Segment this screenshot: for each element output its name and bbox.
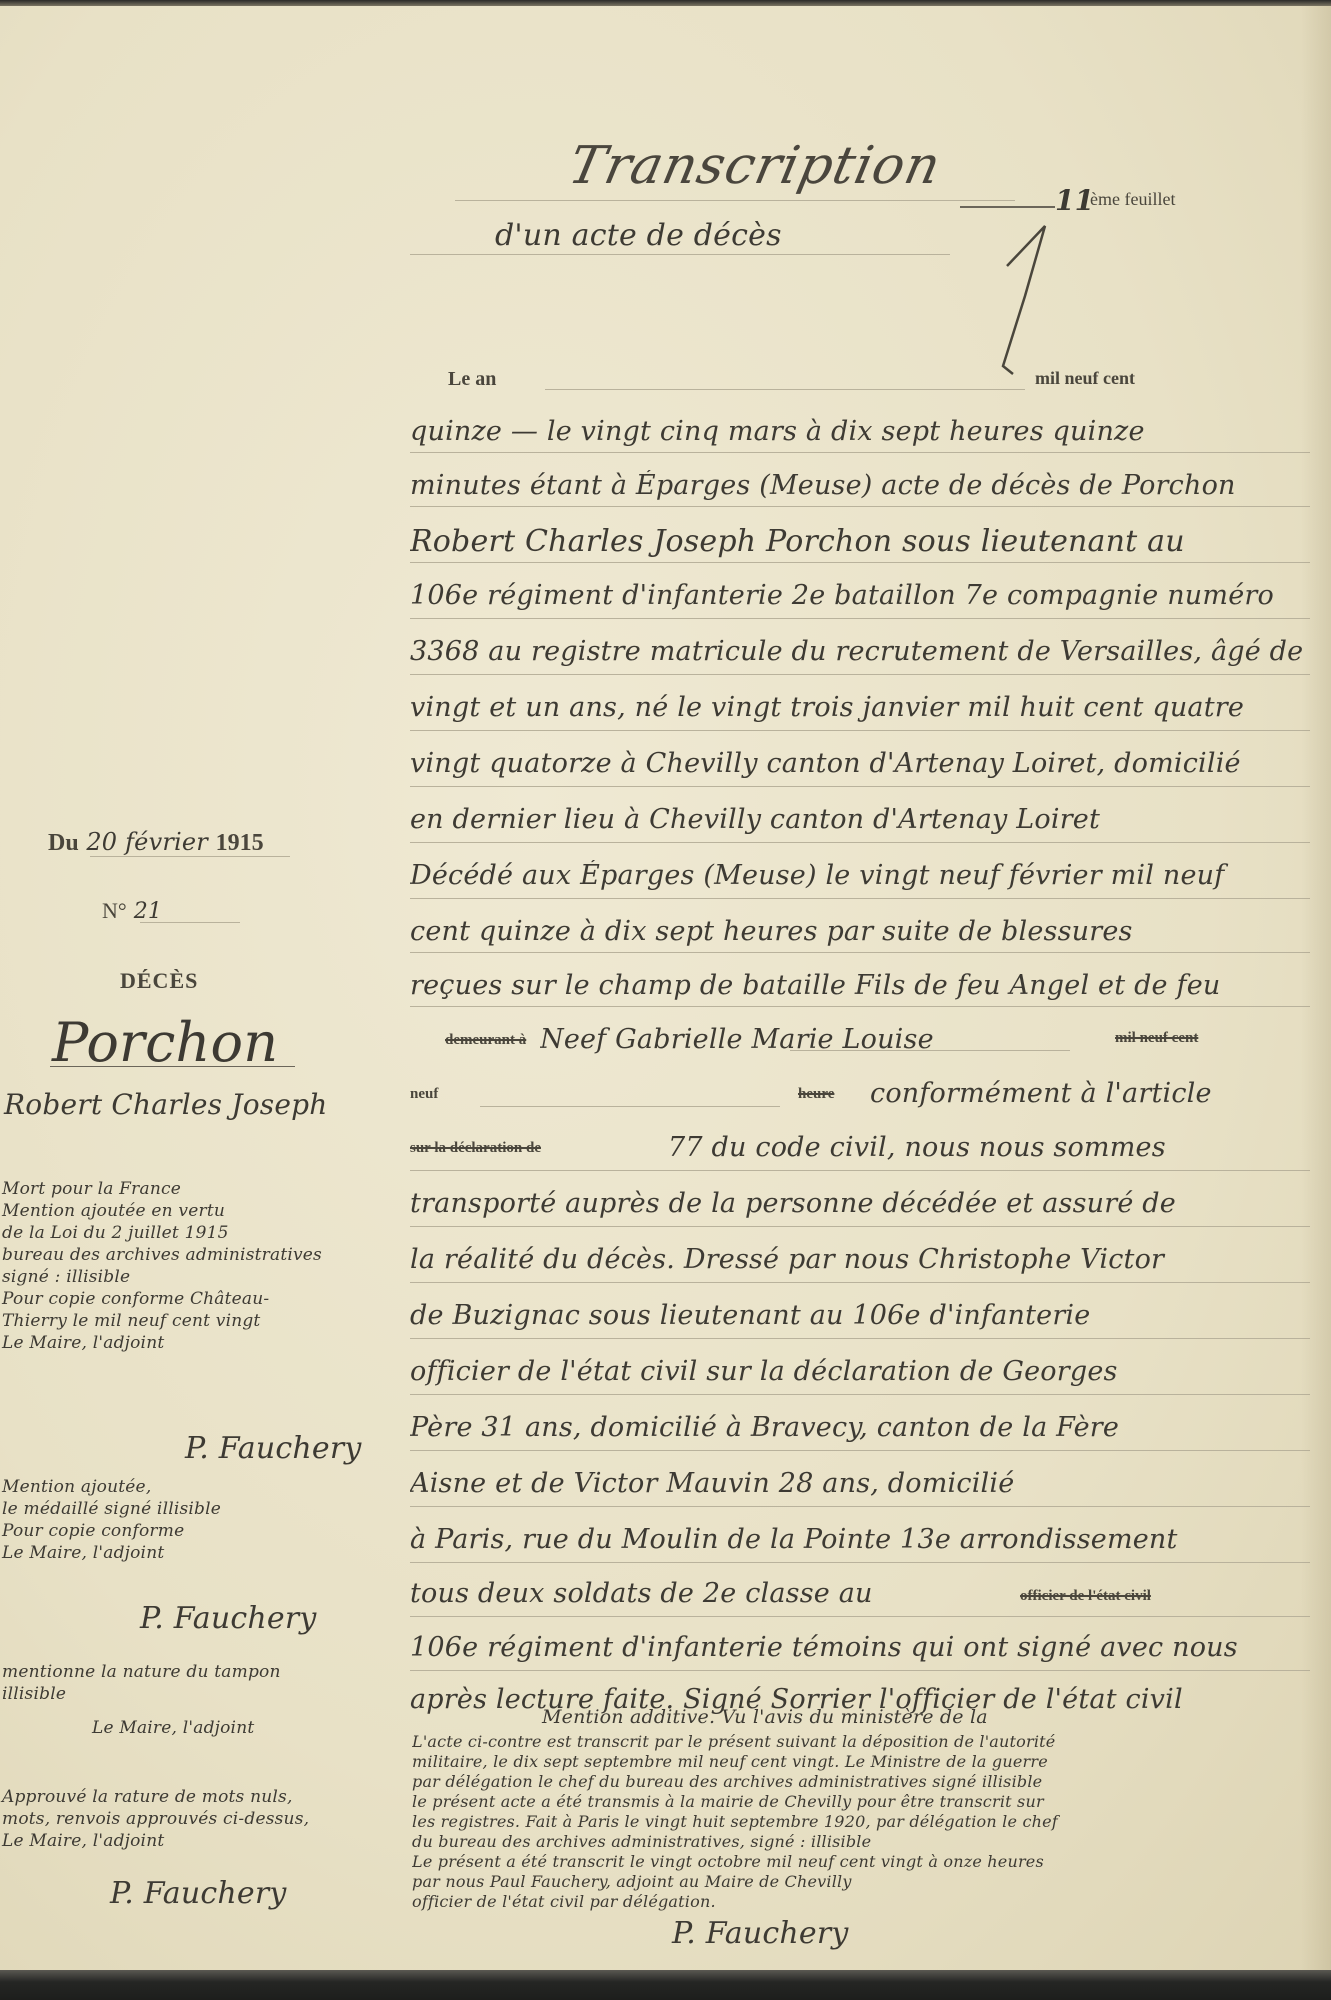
margin-note-line: Mort pour la France xyxy=(2,1178,397,1200)
margin-note-line: illisible xyxy=(2,1683,397,1705)
margin-note-line: le médaillé signé illisible xyxy=(2,1498,397,1520)
slip-title: Mention additive. Vu l'avis du ministère… xyxy=(542,1706,988,1728)
act-line-18: officier de l'état civil sur la déclarat… xyxy=(410,1356,1330,1387)
margin-note-line: Thierry le mil neuf cent vingt xyxy=(2,1310,397,1332)
body-rule xyxy=(410,1006,1310,1007)
body-rule xyxy=(410,1338,1310,1339)
register-page: Transcription d'un acte de décès 11 ème … xyxy=(0,6,1331,1970)
slip-line: officier de l'état civil par délégation. xyxy=(412,1892,1331,1911)
form-opening-rule xyxy=(545,389,1025,390)
act-line-17: de Buzignac sous lieutenant au 106e d'in… xyxy=(410,1300,1330,1331)
act-line-16: la réalité du décès. Dressé par nous Chr… xyxy=(410,1244,1330,1275)
margin-number-value: 21 xyxy=(134,899,162,924)
struck-printed-heure: heure xyxy=(798,1086,834,1103)
act-line-7: vingt quatorze à Chevilly canton d'Arten… xyxy=(410,748,1330,779)
margin-note-line: Approuvé la rature de mots nuls, xyxy=(2,1786,397,1808)
act-line-1: quinze — le vingt cinq mars à dix sept h… xyxy=(410,416,1330,447)
mother-rule xyxy=(790,1050,1070,1051)
body-rule xyxy=(410,1506,1310,1507)
body-rule xyxy=(410,1394,1310,1395)
slip-line: militaire, le dix sept septembre mil neu… xyxy=(412,1752,1331,1771)
margin-date: Du 20 février 1915 xyxy=(48,828,264,857)
flourish-stroke-icon xyxy=(985,216,1055,376)
margin-signature-1: P. Fauchery xyxy=(185,1431,362,1466)
act-line-11: reçues sur le champ de bataille Fils de … xyxy=(410,970,1330,1001)
margin-note-line: Le Maire, l'adjoint xyxy=(2,1830,397,1852)
folio-rule xyxy=(960,206,1055,208)
slip-line: L'acte ci-contre est transcrit par le pr… xyxy=(412,1732,1331,1751)
margin-note-line: signé : illisible xyxy=(2,1266,397,1288)
margin-note-2: Mention ajoutée, le médaillé signé illis… xyxy=(2,1476,397,1564)
act-line-6: vingt et un ans, né le vingt trois janvi… xyxy=(410,692,1330,723)
margin-note-line: Pour copie conforme xyxy=(2,1520,397,1542)
margin-number: N° 21 xyxy=(102,898,162,924)
margin-kind: DÉCÈS xyxy=(120,968,198,994)
struck-printed-demeurant: demeurant à xyxy=(445,1032,526,1049)
blank-rule xyxy=(480,1106,780,1107)
subtitle-rule xyxy=(410,254,950,255)
margin-given-names: Robert Charles Joseph xyxy=(4,1088,327,1121)
act-line-2: minutes étant à Éparges (Meuse) acte de … xyxy=(410,470,1330,501)
body-rule xyxy=(410,1226,1310,1227)
slip-line: les registres. Fait à Paris le vingt hui… xyxy=(412,1812,1331,1831)
body-rule xyxy=(410,562,1310,563)
slip-line: le présent acte a été transmis à la mair… xyxy=(412,1792,1331,1811)
body-rule xyxy=(410,1562,1310,1563)
act-line-14: 77 du code civil, nous nous sommes xyxy=(668,1132,1328,1163)
document-title: Transcription xyxy=(564,136,947,196)
act-line-15: transporté auprès de la personne décédée… xyxy=(410,1188,1330,1219)
form-opening-label: Le an xyxy=(448,368,496,391)
act-line-8: en dernier lieu à Chevilly canton d'Arte… xyxy=(410,804,1330,835)
body-rule xyxy=(410,1450,1310,1451)
body-rule xyxy=(410,618,1310,619)
slip-line: Le présent a été transcrit le vingt octo… xyxy=(412,1852,1331,1871)
margin-date-year: 1915 xyxy=(216,830,264,856)
margin-number-label: N° xyxy=(102,898,127,923)
margin-date-prefix: Du xyxy=(48,830,79,856)
body-rule xyxy=(410,952,1310,953)
margin-note-4: Approuvé la rature de mots nuls, mots, r… xyxy=(2,1786,397,1852)
margin-note-line: mots, renvois approuvés ci-dessus, xyxy=(2,1808,397,1830)
margin-note-line: Le Maire, l'adjoint xyxy=(2,1332,397,1354)
act-line-22: tous deux soldats de 2e classe au xyxy=(410,1578,970,1609)
margin-surname: Porchon xyxy=(52,1011,278,1074)
margin-signature-2: P. Fauchery xyxy=(140,1601,317,1636)
margin-note-line: de la Loi du 2 juillet 1915 xyxy=(2,1222,397,1244)
slip-line: par nous Paul Fauchery, adjoint au Maire… xyxy=(412,1872,1331,1891)
margin-note-line: Mention ajoutée, xyxy=(2,1476,397,1498)
folio-label: ème feuillet xyxy=(1090,189,1175,210)
margin-number-rule xyxy=(140,922,240,923)
body-rule xyxy=(410,1170,1310,1171)
document-subtitle: d'un acte de décès xyxy=(495,218,782,253)
body-rule xyxy=(410,452,1310,453)
body-rule xyxy=(410,786,1310,787)
act-line-13: conformément à l'article xyxy=(870,1078,1330,1109)
slip-line: du bureau des archives administratives, … xyxy=(412,1832,1331,1851)
slip-line: par délégation le chef du bureau des arc… xyxy=(412,1772,1331,1791)
title-rule xyxy=(455,200,1015,201)
body-rule xyxy=(410,898,1310,899)
act-line-21: à Paris, rue du Moulin de la Pointe 13e … xyxy=(410,1524,1330,1555)
margin-note-line: Pour copie conforme Château- xyxy=(2,1288,397,1310)
margin-surname-rule xyxy=(50,1066,295,1067)
margin-note-line: Le Maire, l'adjoint xyxy=(2,1542,397,1564)
act-line-3: Robert Charles Joseph Porchon sous lieut… xyxy=(410,524,1330,559)
folio-number: 11 xyxy=(1055,184,1094,217)
body-rule xyxy=(410,674,1310,675)
act-line-19: Père 31 ans, domicilié à Bravecy, canton… xyxy=(410,1412,1330,1443)
margin-date-rule xyxy=(90,856,290,857)
act-line-9: Décédé aux Éparges (Meuse) le vingt neuf… xyxy=(410,860,1330,891)
struck-printed-officier: officier de l'état civil xyxy=(1020,1588,1151,1605)
form-opening-end-label: mil neuf cent xyxy=(1035,368,1135,389)
margin-note-line: Mention ajoutée en vertu xyxy=(2,1200,397,1222)
margin-note-line: bureau des archives administratives xyxy=(2,1244,397,1266)
margin-note-1: Mort pour la France Mention ajoutée en v… xyxy=(2,1178,397,1354)
struck-printed-mil-neuf-cent: mil neuf cent xyxy=(1115,1030,1198,1047)
body-rule xyxy=(410,506,1310,507)
body-rule xyxy=(410,730,1310,731)
margin-note-line: Le Maire, l'adjoint xyxy=(2,1717,397,1739)
act-line-23: 106e régiment d'infanterie témoins qui o… xyxy=(410,1632,1330,1663)
margin-note-line: mentionne la nature du tampon xyxy=(2,1661,397,1683)
printed-neuf: neuf xyxy=(410,1086,438,1103)
struck-printed-declaration: sur la déclaration de xyxy=(410,1140,541,1157)
act-line-4: 106e régiment d'infanterie 2e bataillon … xyxy=(410,580,1330,611)
slip-signature: P. Fauchery xyxy=(672,1916,849,1951)
body-rule xyxy=(410,842,1310,843)
act-line-5: 3368 au registre matricule du recrutemen… xyxy=(410,636,1330,667)
scan-bottom-edge xyxy=(0,1970,1331,2000)
body-rule xyxy=(410,1616,1310,1617)
body-rule xyxy=(410,1670,1310,1671)
additive-mention-slip: Mention additive. Vu l'avis du ministère… xyxy=(412,1706,1331,1946)
margin-note-3: mentionne la nature du tampon illisible … xyxy=(2,1661,397,1739)
act-line-10: cent quinze à dix sept heures par suite … xyxy=(410,916,1330,947)
margin-signature-4: P. Fauchery xyxy=(110,1876,287,1911)
body-rule xyxy=(410,1282,1310,1283)
act-line-20: Aisne et de Victor Mauvin 28 ans, domici… xyxy=(410,1468,1330,1499)
margin-date-value: 20 février xyxy=(86,828,208,856)
